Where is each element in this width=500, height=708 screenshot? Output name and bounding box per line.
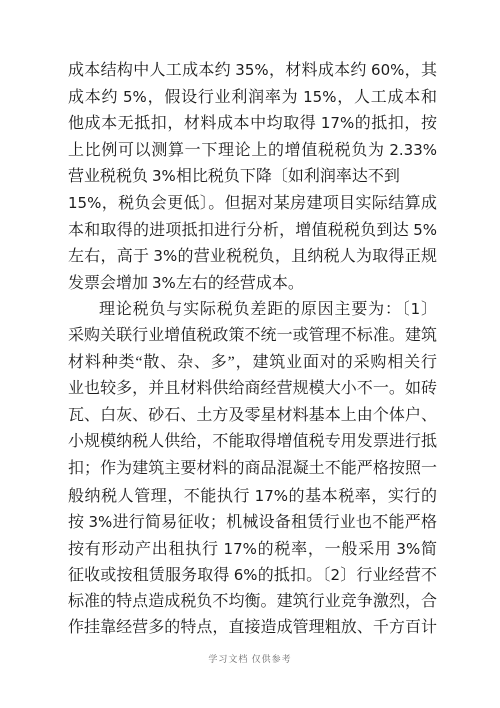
numeric-value: 5% [123, 88, 147, 106]
footer-note: 学习文档 仅供参考 [0, 652, 500, 665]
text-line: 他成本无抵扣，材料成本中均取得 17%的抵扣，按以 [68, 110, 437, 137]
text-line: 般纳税人管理，不能执行 17%的基本税率，实行的是 [68, 483, 437, 510]
text-line: 扣；作为建筑主要材料的商品混凝土不能严格按照一 [68, 456, 437, 483]
text-line: 业也较多，并且材料供给商经营规模大小不一。如砖 [68, 376, 437, 403]
numeric-value: 17% [255, 487, 288, 505]
numeric-value: 17% [321, 114, 354, 132]
numeric-value: 2.33% [389, 141, 437, 159]
numeric-value: 3% [152, 167, 176, 185]
numeric-value: 3% [396, 540, 420, 558]
text-line: 发票会增加 3%左右的经营成本。 [68, 270, 437, 297]
numeric-value: 1 [411, 300, 421, 318]
text-line: 标准的特点造成税负不均衡。建筑行业竞争激烈，合 [68, 589, 437, 616]
numeric-value: 3% [152, 274, 176, 292]
numeric-value: 17% [224, 540, 257, 558]
text-line: 材料种类“散、杂、多”，建筑业面对的采购相关行 [68, 350, 437, 377]
numeric-value: 35% [235, 61, 268, 79]
text-line: 15%，税负会更低〕。但据对某房建项目实际结算成 [68, 190, 437, 217]
text-line: 小规模纳税人供给，不能取得增值税专用发票进行抵 [68, 429, 437, 456]
text-line: 左右，高于 3%的营业税税负，且纳税人为取得正规 [68, 243, 437, 270]
numeric-value: 3% [153, 247, 177, 265]
text-line: 营业税税负 3%相比税负下降〔如利润率达不到 [68, 163, 437, 190]
document-text: 成本结构中人工成本约 35%，材料成本约 60%，其他成本约 5%，假设行业利润… [68, 57, 437, 642]
text-line: 理论税负与实际税负差距的原因主要为：〔1〕 [68, 296, 437, 323]
document-page: 成本结构中人工成本约 35%，材料成本约 60%，其他成本约 5%，假设行业利润… [0, 0, 500, 708]
text-line: 采购关联行业增值税政策不统一或管理不标准。建筑 [68, 323, 437, 350]
text-line: 按有形动产出租执行 17%的税率，一般采用 3%简易 [68, 536, 437, 563]
numeric-value: 2 [330, 566, 340, 584]
text-line: 成本结构中人工成本约 35%，材料成本约 60%，其他 [68, 57, 437, 84]
text-line: 征收或按租赁服务取得 6%的抵扣。〔2〕行业经营不 [68, 562, 437, 589]
numeric-value: 15% [303, 88, 336, 106]
text-line: 本和取得的进项抵扣进行分析，增值税税负到达 5% [68, 217, 437, 244]
numeric-value: 3% [88, 513, 112, 531]
numeric-value: 5% [413, 221, 437, 239]
numeric-value: 15% [68, 194, 101, 212]
text-line: 作挂靠经营多的特点，直接造成管理粗放、千方百计 [68, 615, 437, 642]
text-line: 按 3%进行简易征收；机械设备租赁行业也不能严格 [68, 509, 437, 536]
text-line: 瓦、白灰、砂石、土方及零星材料基本上由个体户、 [68, 403, 437, 430]
text-line: 上比例可以测算一下理论上的增值税税负为 2.33%与 [68, 137, 437, 164]
numeric-value: 60% [371, 61, 404, 79]
text-line: 成本约 5%，假设行业利润率为 15%，人工成本和其 [68, 84, 437, 111]
numeric-value: 6% [234, 566, 258, 584]
